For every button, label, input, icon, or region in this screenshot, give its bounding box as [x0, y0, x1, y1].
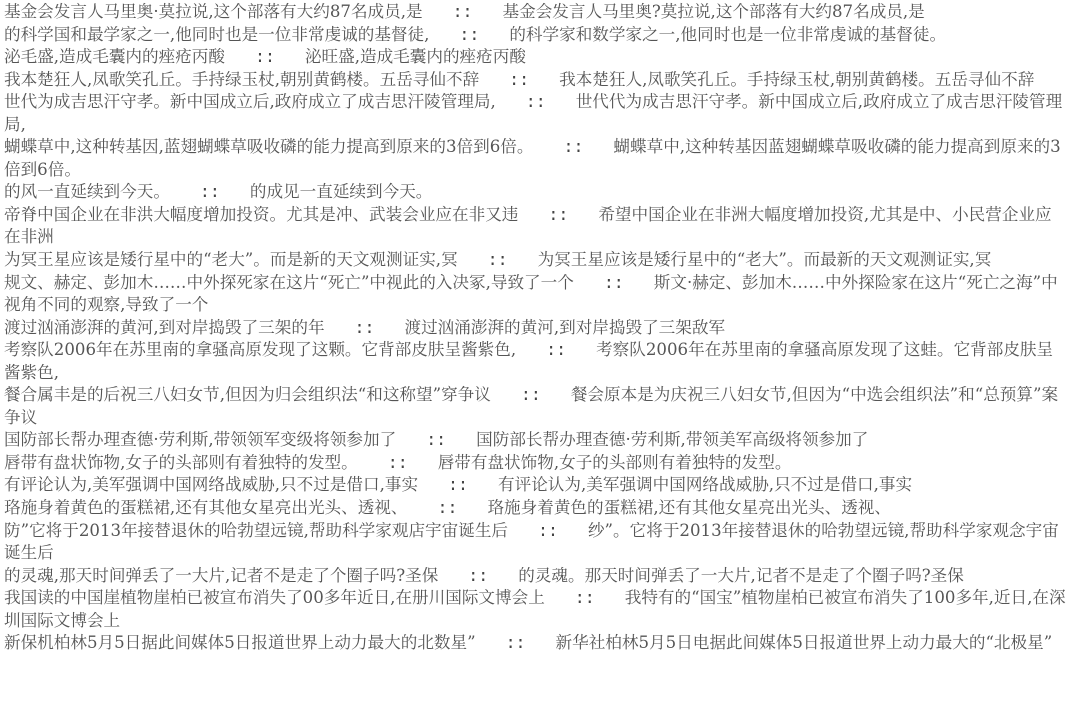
- source-sentence: 为冥王星应该是矮行星中的“老大”。而是新的天文观测证实,冥: [4, 250, 458, 269]
- source-sentence: 有评论认为,美军强调中国网络战威胁,只不过是借口,事实: [4, 475, 418, 494]
- target-sentence: 为冥王星应该是矮行星中的“老大”。而最新的天文观测证实,冥: [538, 250, 992, 269]
- target-sentence: 唇带有盘状饰物,女子的头部则有着独特的发型。: [438, 453, 792, 472]
- separator: ::: [458, 250, 538, 269]
- separator: ::: [418, 475, 498, 494]
- text-line: 有评论认为,美军强调中国网络战威胁,只不过是借口,事实 :: 有评论认为,美军强…: [4, 474, 1066, 497]
- separator: ::: [545, 588, 625, 607]
- source-sentence: 防”它将于2013年接替退休的哈勃望远镜,帮助科学家观店宇宙诞生后: [4, 521, 508, 540]
- separator: ::: [225, 47, 305, 66]
- source-sentence: 规文、赫定、彭加木……中外探死家在这片“死亡”中视此的入决冢,导致了一个: [4, 273, 574, 292]
- separator: ::: [476, 633, 556, 652]
- separator: ::: [574, 273, 654, 292]
- separator: ::: [533, 137, 613, 156]
- text-line: 餐合属丰是的后祝三八妇女节,但因为归会组织法“和这称望”穿争议 :: 餐会原本是…: [4, 384, 1066, 429]
- source-sentence: 考察队2006年在苏里南的拿骚高原发现了这颗。它背部皮肤呈酱紫色,: [4, 340, 516, 359]
- source-sentence: 的风一直延续到今天。: [4, 182, 170, 201]
- target-sentence: 基金会发言人马里奥?莫拉说,这个部落有大约87名成员,是: [503, 2, 925, 21]
- text-line: 珞施身着黄色的蛋糕裙,还有其他女星亮出光头、透视、 :: 珞施身着黄色的蛋糕裙,…: [4, 497, 1066, 520]
- text-line: 唇带有盘状饰物,女子的头部则有着独特的发型。 :: 唇带有盘状饰物,女子的头部则…: [4, 452, 1066, 475]
- text-line: 新保机柏林5月5日据此间媒体5日报道世界上动力最大的北数星” :: 新华社柏林5…: [4, 632, 1066, 655]
- separator: ::: [429, 25, 509, 44]
- text-line: 我本楚狂人,凤歌笑孔丘。手持绿玉杖,朝别黄鹤楼。五岳寻仙不辞 :: 我本楚狂人,…: [4, 69, 1066, 92]
- separator: ::: [516, 340, 596, 359]
- text-line: 的风一直延续到今天。 :: 的成见一直延续到今天。: [4, 181, 1066, 204]
- text-line: 帝脊中国企业在非洪大幅度增加投资。尤其是冲、武装会业应在非又违 :: 希望中国企…: [4, 204, 1066, 249]
- text-line: 考察队2006年在苏里南的拿骚高原发现了这颗。它背部皮肤呈酱紫色, :: 考察队…: [4, 339, 1066, 384]
- target-sentence: 的灵魂。那天时间弹丢了一大片,记者不是走了个圈子吗?圣保: [518, 566, 964, 585]
- source-sentence: 国防部长帮办理查德·劳利斯,带领领军变级将领参加了: [4, 430, 396, 449]
- separator: ::: [170, 182, 250, 201]
- text-line: 防”它将于2013年接替退休的哈勃望远镜,帮助科学家观店宇宙诞生后 :: 纱”。…: [4, 520, 1066, 565]
- text-line: 世代为成吉思汗守孝。新中国成立后,政府成立了成吉思汗陵管理局, :: 世代代为成…: [4, 91, 1066, 136]
- text-line: 泌毛盛,造成毛囊内的痤疮丙酸 :: 泌旺盛,造成毛囊内的痤疮丙酸: [4, 46, 1066, 69]
- text-line: 我国读的中国崖植物崖柏已被宣布消失了00多年近日,在册川国际文博会上 :: 我特…: [4, 587, 1066, 632]
- source-sentence: 新保机柏林5月5日据此间媒体5日报道世界上动力最大的北数星”: [4, 633, 476, 652]
- source-sentence: 基金会发言人马里奥·莫拉说,这个部落有大约87名成员,是: [4, 2, 423, 21]
- target-sentence: 泌旺盛,造成毛囊内的痤疮丙酸: [305, 47, 526, 66]
- source-sentence: 泌毛盛,造成毛囊内的痤疮丙酸: [4, 47, 225, 66]
- text-line: 规文、赫定、彭加木……中外探死家在这片“死亡”中视此的入决冢,导致了一个 :: …: [4, 272, 1066, 317]
- separator: ::: [408, 498, 488, 517]
- text-line: 渡过汹涌澎湃的黄河,到对岸捣毁了三架的年 :: 渡过汹涌澎湃的黄河,到对岸捣毁了…: [4, 317, 1066, 340]
- target-sentence: 新华社柏林5月5日电据此间媒体5日报道世界上动力最大的“北极星”: [556, 633, 1053, 652]
- separator: ::: [518, 205, 598, 224]
- target-sentence: 有评论认为,美军强调中国网络战威胁,只不过是借口,事实: [498, 475, 912, 494]
- source-sentence: 我国读的中国崖植物崖柏已被宣布消失了00多年近日,在册川国际文博会上: [4, 588, 545, 607]
- text-line: 的科学国和最学家之一,他同时也是一位非常虔诚的基督徒, :: 的科学家和数学家之…: [4, 24, 1066, 47]
- text-line: 国防部长帮办理查德·劳利斯,带领领军变级将领参加了 :: 国防部长帮办理查德·劳…: [4, 429, 1066, 452]
- separator: ::: [325, 318, 405, 337]
- source-sentence: 世代为成吉思汗守孝。新中国成立后,政府成立了成吉思汗陵管理局,: [4, 92, 496, 111]
- target-sentence: 珞施身着黄色的蛋糕裙,还有其他女星亮出光头、透视、: [487, 498, 891, 517]
- target-sentence: 国防部长帮办理查德·劳利斯,带领美军高级将领参加了: [476, 430, 868, 449]
- source-sentence: 餐合属丰是的后祝三八妇女节,但因为归会组织法“和这称望”穿争议: [4, 385, 491, 404]
- target-sentence: 渡过汹涌澎湃的黄河,到对岸捣毁了三架敌军: [405, 318, 726, 337]
- separator: ::: [479, 70, 559, 89]
- target-sentence: 我本楚狂人,凤歌笑孔丘。手持绿玉杖,朝别黄鹤楼。五岳寻仙不辞: [559, 70, 1034, 89]
- separator: ::: [438, 566, 518, 585]
- separator: ::: [423, 2, 503, 21]
- separator: ::: [396, 430, 476, 449]
- source-sentence: 蝴蝶草中,这种转基因,蓝翅蝴蝶草吸收磷的能力提高到原来的3倍到6倍。: [4, 137, 533, 156]
- source-sentence: 的科学国和最学家之一,他同时也是一位非常虔诚的基督徒,: [4, 25, 429, 44]
- separator: ::: [508, 521, 588, 540]
- source-sentence: 我本楚狂人,凤歌笑孔丘。手持绿玉杖,朝别黄鹤楼。五岳寻仙不辞: [4, 70, 479, 89]
- text-line: 蝴蝶草中,这种转基因,蓝翅蝴蝶草吸收磷的能力提高到原来的3倍到6倍。 :: 蝴蝶…: [4, 136, 1066, 181]
- text-line: 为冥王星应该是矮行星中的“老大”。而是新的天文观测证实,冥 :: 为冥王星应该是…: [4, 249, 1066, 272]
- target-sentence: 的成见一直延续到今天。: [250, 182, 433, 201]
- source-sentence: 唇带有盘状饰物,女子的头部则有着独特的发型。: [4, 453, 358, 472]
- separator: ::: [496, 92, 576, 111]
- parallel-text-document: 基金会发言人马里奥·莫拉说,这个部落有大约87名成员,是 :: 基金会发言人马里…: [0, 0, 1080, 655]
- text-line: 基金会发言人马里奥·莫拉说,这个部落有大约87名成员,是 :: 基金会发言人马里…: [4, 1, 1066, 24]
- source-sentence: 帝脊中国企业在非洪大幅度增加投资。尤其是冲、武装会业应在非又违: [4, 205, 518, 224]
- source-sentence: 的灵魂,那天时间弹丢了一大片,记者不是走了个圈子吗?圣保: [4, 566, 438, 585]
- source-sentence: 渡过汹涌澎湃的黄河,到对岸捣毁了三架的年: [4, 318, 325, 337]
- separator: ::: [491, 385, 571, 404]
- text-line: 的灵魂,那天时间弹丢了一大片,记者不是走了个圈子吗?圣保 :: 的灵魂。那天时间…: [4, 565, 1066, 588]
- target-sentence: 的科学家和数学家之一,他同时也是一位非常虔诚的基督徒。: [509, 25, 946, 44]
- source-sentence: 珞施身着黄色的蛋糕裙,还有其他女星亮出光头、透视、: [4, 498, 408, 517]
- separator: ::: [358, 453, 438, 472]
